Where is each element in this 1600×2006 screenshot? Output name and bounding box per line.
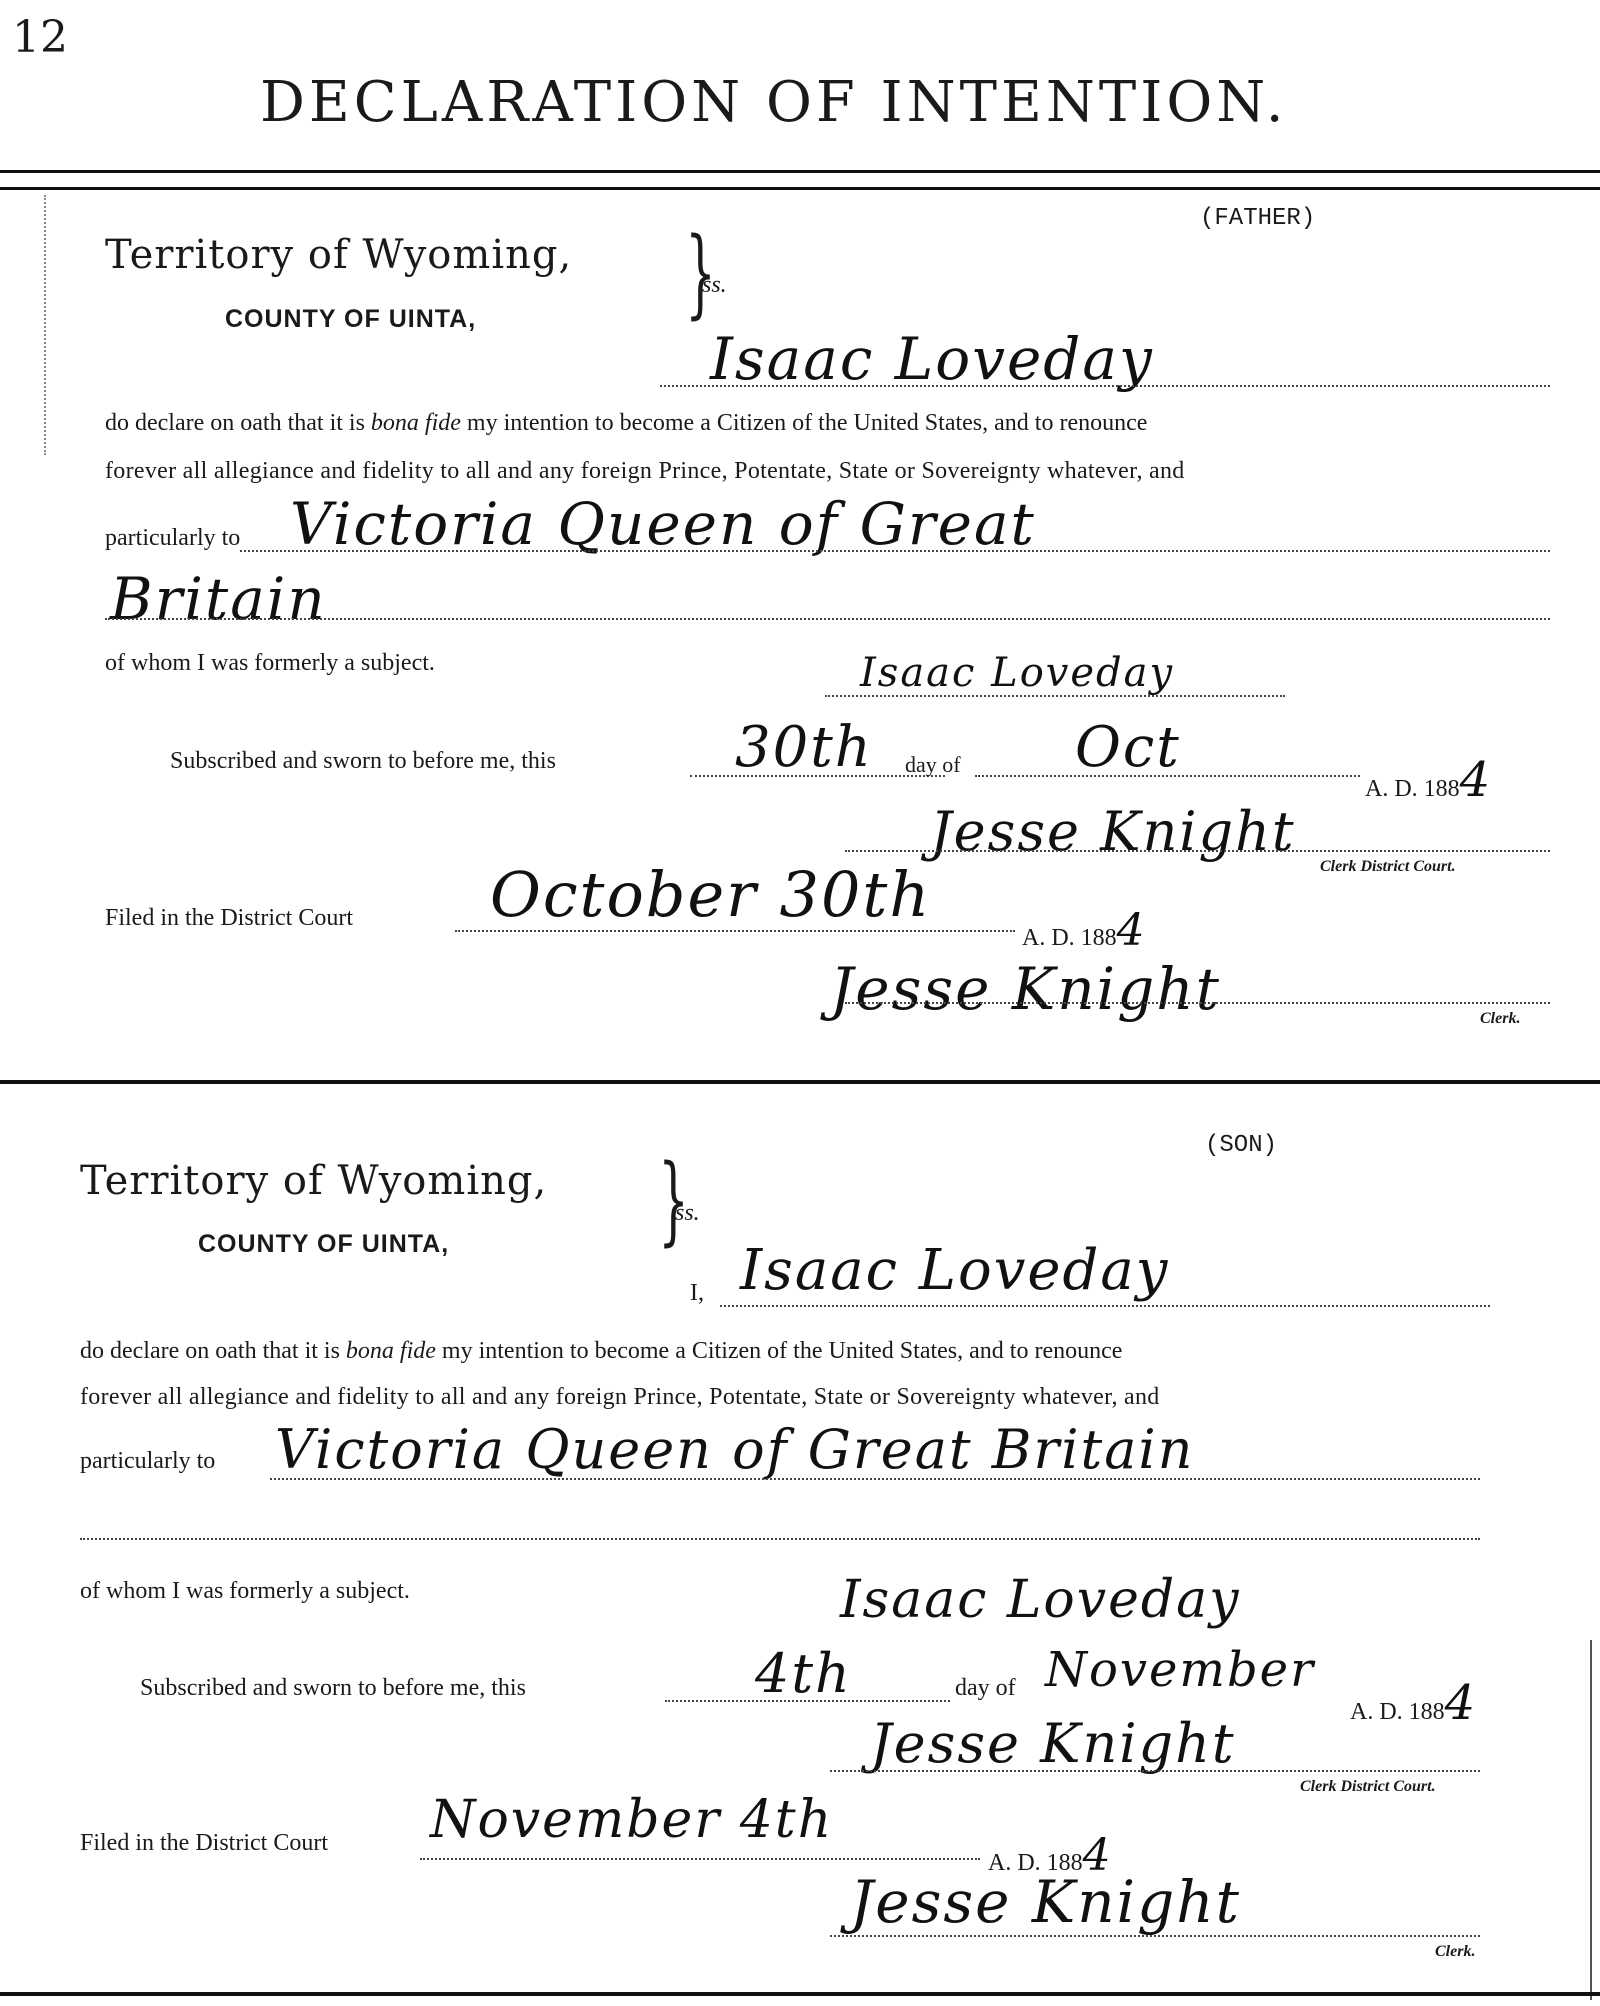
ad-label: A. D. 188	[1365, 776, 1460, 802]
oath-line-1: do declare on oath that it is bona fide …	[80, 1338, 1122, 1365]
sovereign-field-line-1[interactable]: Victoria Queen of Great	[290, 490, 1036, 558]
filed-date-dotted-line	[420, 1858, 980, 1860]
header-divider	[0, 170, 1600, 190]
filed-date-dotted-line	[455, 930, 1015, 932]
oath-line-2: forever all allegiance and fidelity to a…	[105, 458, 1185, 485]
former-subject-text: of whom I was formerly a subject.	[80, 1578, 410, 1605]
territory-name: Territory of Wyoming,	[80, 1158, 547, 1204]
sovereign-dotted-line-1	[270, 1478, 1480, 1480]
page-number: 12	[12, 12, 68, 63]
clerk-dotted-line	[830, 1770, 1480, 1772]
ad-year-label: A. D. 1884	[1365, 752, 1492, 808]
ad-label: A. D. 188	[1350, 1699, 1445, 1725]
ad-year-digit[interactable]: 4	[1445, 1675, 1478, 1731]
filed-clerk-dotted-line	[845, 1002, 1550, 1004]
oath-text: do declare on oath that it is	[80, 1338, 340, 1364]
sworn-month-field[interactable]: Oct	[1075, 715, 1181, 780]
sovereign-field-line-2[interactable]: Britain	[110, 565, 327, 633]
territory-name: Territory of Wyoming,	[105, 232, 572, 278]
signature-dotted-line	[825, 695, 1285, 697]
declarant-name-field[interactable]: Isaac Loveday	[740, 1238, 1169, 1303]
filed-label: Filed in the District Court	[105, 905, 353, 932]
oath-line-2: forever all allegiance and fidelity to a…	[80, 1384, 1160, 1411]
filed-ad-year-label: A. D. 1884	[1022, 905, 1147, 956]
margin-line	[1590, 1640, 1592, 2000]
margin-line	[44, 195, 46, 455]
filed-date-field[interactable]: October 30th	[490, 858, 931, 931]
ad-year-label: A. D. 1884	[1350, 1675, 1477, 1731]
filed-date-field[interactable]: November 4th	[430, 1790, 833, 1850]
sworn-label: Subscribed and sworn to before me, this	[170, 748, 556, 775]
name-dotted-line	[660, 385, 1550, 387]
filed-clerk-dotted-line	[830, 1935, 1480, 1937]
filed-ad-year-digit[interactable]: 4	[1117, 905, 1147, 956]
filed-ad-label: A. D. 188	[1022, 925, 1117, 951]
oath-line-1: do declare on oath that it is bona fide …	[105, 410, 1147, 437]
declarant-signature[interactable]: Isaac Loveday	[860, 650, 1174, 696]
name-dotted-line	[720, 1305, 1490, 1307]
sworn-month-field[interactable]: November	[1045, 1642, 1315, 1698]
declarant-signature[interactable]: Isaac Loveday	[840, 1570, 1241, 1630]
declarant-name-field[interactable]: Isaac Loveday	[710, 325, 1154, 393]
ss-abbrev: ss.	[702, 272, 727, 299]
clerk-title: Clerk District Court.	[1320, 858, 1456, 876]
day-of-label: day of	[955, 1675, 1016, 1702]
sworn-day-field[interactable]: 30th	[735, 715, 873, 780]
filed-clerk-signature[interactable]: Jesse Knight	[830, 955, 1221, 1023]
i-label: I,	[690, 1280, 704, 1307]
clerk-signature[interactable]: Jesse Knight	[870, 1712, 1236, 1775]
filed-label: Filed in the District Court	[80, 1830, 328, 1857]
oath-text-rest: my intention to become a Citizen of the …	[467, 410, 1147, 436]
role-label: (SON)	[1205, 1132, 1277, 1159]
sovereign-field-line-1[interactable]: Victoria Queen of Great Britain	[275, 1418, 1194, 1481]
former-subject-text: of whom I was formerly a subject.	[105, 650, 435, 677]
filed-clerk-signature[interactable]: Jesse Knight	[850, 1868, 1241, 1936]
sovereign-dotted-line-1	[240, 550, 1550, 552]
ad-year-digit[interactable]: 4	[1460, 752, 1493, 808]
clerk-signature[interactable]: Jesse Knight	[930, 800, 1296, 863]
clerk-dotted-line	[845, 850, 1550, 852]
sworn-day-field[interactable]: 4th	[755, 1642, 852, 1705]
particularly-to-label: particularly to	[80, 1448, 215, 1475]
sovereign-dotted-line-2	[80, 1538, 1480, 1540]
oath-text: do declare on oath that it is	[105, 410, 365, 436]
bona-fide-text: bona fide	[371, 410, 461, 436]
particularly-to-label: particularly to	[105, 525, 240, 552]
footer-divider	[0, 1992, 1600, 1996]
sworn-month-dotted-line	[975, 775, 1360, 777]
bona-fide-text: bona fide	[346, 1338, 436, 1364]
ss-abbrev: ss.	[675, 1200, 700, 1227]
day-of-label: day of	[905, 752, 961, 778]
document-title: DECLARATION OF INTENTION.	[260, 70, 1288, 135]
county-name: COUNTY OF UINTA,	[225, 305, 476, 334]
filed-clerk-title: Clerk.	[1435, 1943, 1475, 1961]
clerk-title: Clerk District Court.	[1300, 1778, 1436, 1796]
filed-clerk-title: Clerk.	[1480, 1010, 1520, 1028]
section-divider	[0, 1080, 1600, 1084]
sovereign-dotted-line-2	[105, 618, 1550, 620]
county-name: COUNTY OF UINTA,	[198, 1230, 449, 1259]
oath-text-rest: my intention to become a Citizen of the …	[442, 1338, 1122, 1364]
role-label: (FATHER)	[1200, 205, 1315, 232]
sworn-label: Subscribed and sworn to before me, this	[140, 1675, 526, 1702]
